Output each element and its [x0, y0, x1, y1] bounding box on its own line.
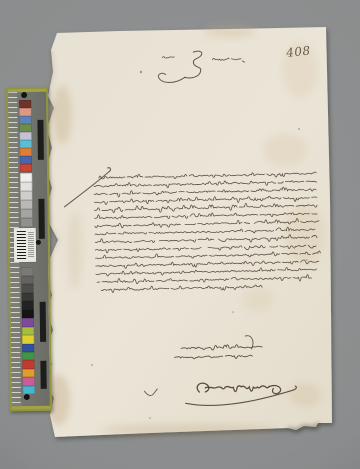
- barcode-label: [14, 228, 36, 262]
- color-patch: [22, 360, 34, 369]
- color-patch: [20, 164, 32, 172]
- gray-step-column: [20, 173, 33, 227]
- color-patch: [22, 293, 34, 302]
- color-patch: [19, 124, 31, 132]
- color-calibration-target: [6, 87, 52, 411]
- color-patch: [23, 377, 35, 386]
- color-patch: [22, 301, 34, 310]
- barcode-label-text: [28, 232, 34, 258]
- color-patch: [20, 140, 32, 148]
- color-patch: [22, 310, 34, 319]
- color-patch: [19, 108, 31, 116]
- color-patch: [20, 148, 32, 156]
- density-bar: [37, 120, 43, 160]
- color-patch: [21, 267, 33, 276]
- density-bar: [40, 302, 46, 342]
- color-patch: [21, 209, 33, 218]
- strip-end-cap: [12, 406, 50, 409]
- registration-dot: [36, 240, 41, 245]
- archival-photograph: 408: [0, 0, 360, 469]
- color-patch: [20, 182, 32, 191]
- color-patch: [22, 352, 34, 361]
- dark-step-column: [21, 267, 34, 310]
- color-patch: [21, 276, 33, 285]
- color-patch: [20, 156, 32, 164]
- registration-dot: [24, 394, 30, 400]
- color-patch: [19, 100, 31, 108]
- color-patch: [20, 173, 32, 182]
- color-patch: [20, 132, 32, 140]
- density-bar: [40, 361, 46, 389]
- color-patch: [22, 369, 34, 378]
- manuscript-page: 408: [0, 0, 360, 469]
- color-patch: [23, 385, 35, 394]
- color-patch: [21, 284, 33, 293]
- color-patch: [20, 200, 32, 209]
- color-patch: [19, 116, 31, 124]
- color-patch: [22, 335, 34, 344]
- density-bar: [38, 199, 44, 239]
- color-patch: [21, 218, 33, 227]
- folio-number: 408: [285, 44, 312, 61]
- color-patch: [20, 191, 32, 200]
- color-patch-column: [19, 100, 32, 172]
- color-patch-column: [22, 310, 35, 394]
- barcode-icon: [17, 231, 26, 259]
- color-patch: [22, 344, 34, 353]
- color-patch: [22, 327, 34, 336]
- color-patch: [22, 318, 34, 327]
- registration-dot: [21, 92, 27, 98]
